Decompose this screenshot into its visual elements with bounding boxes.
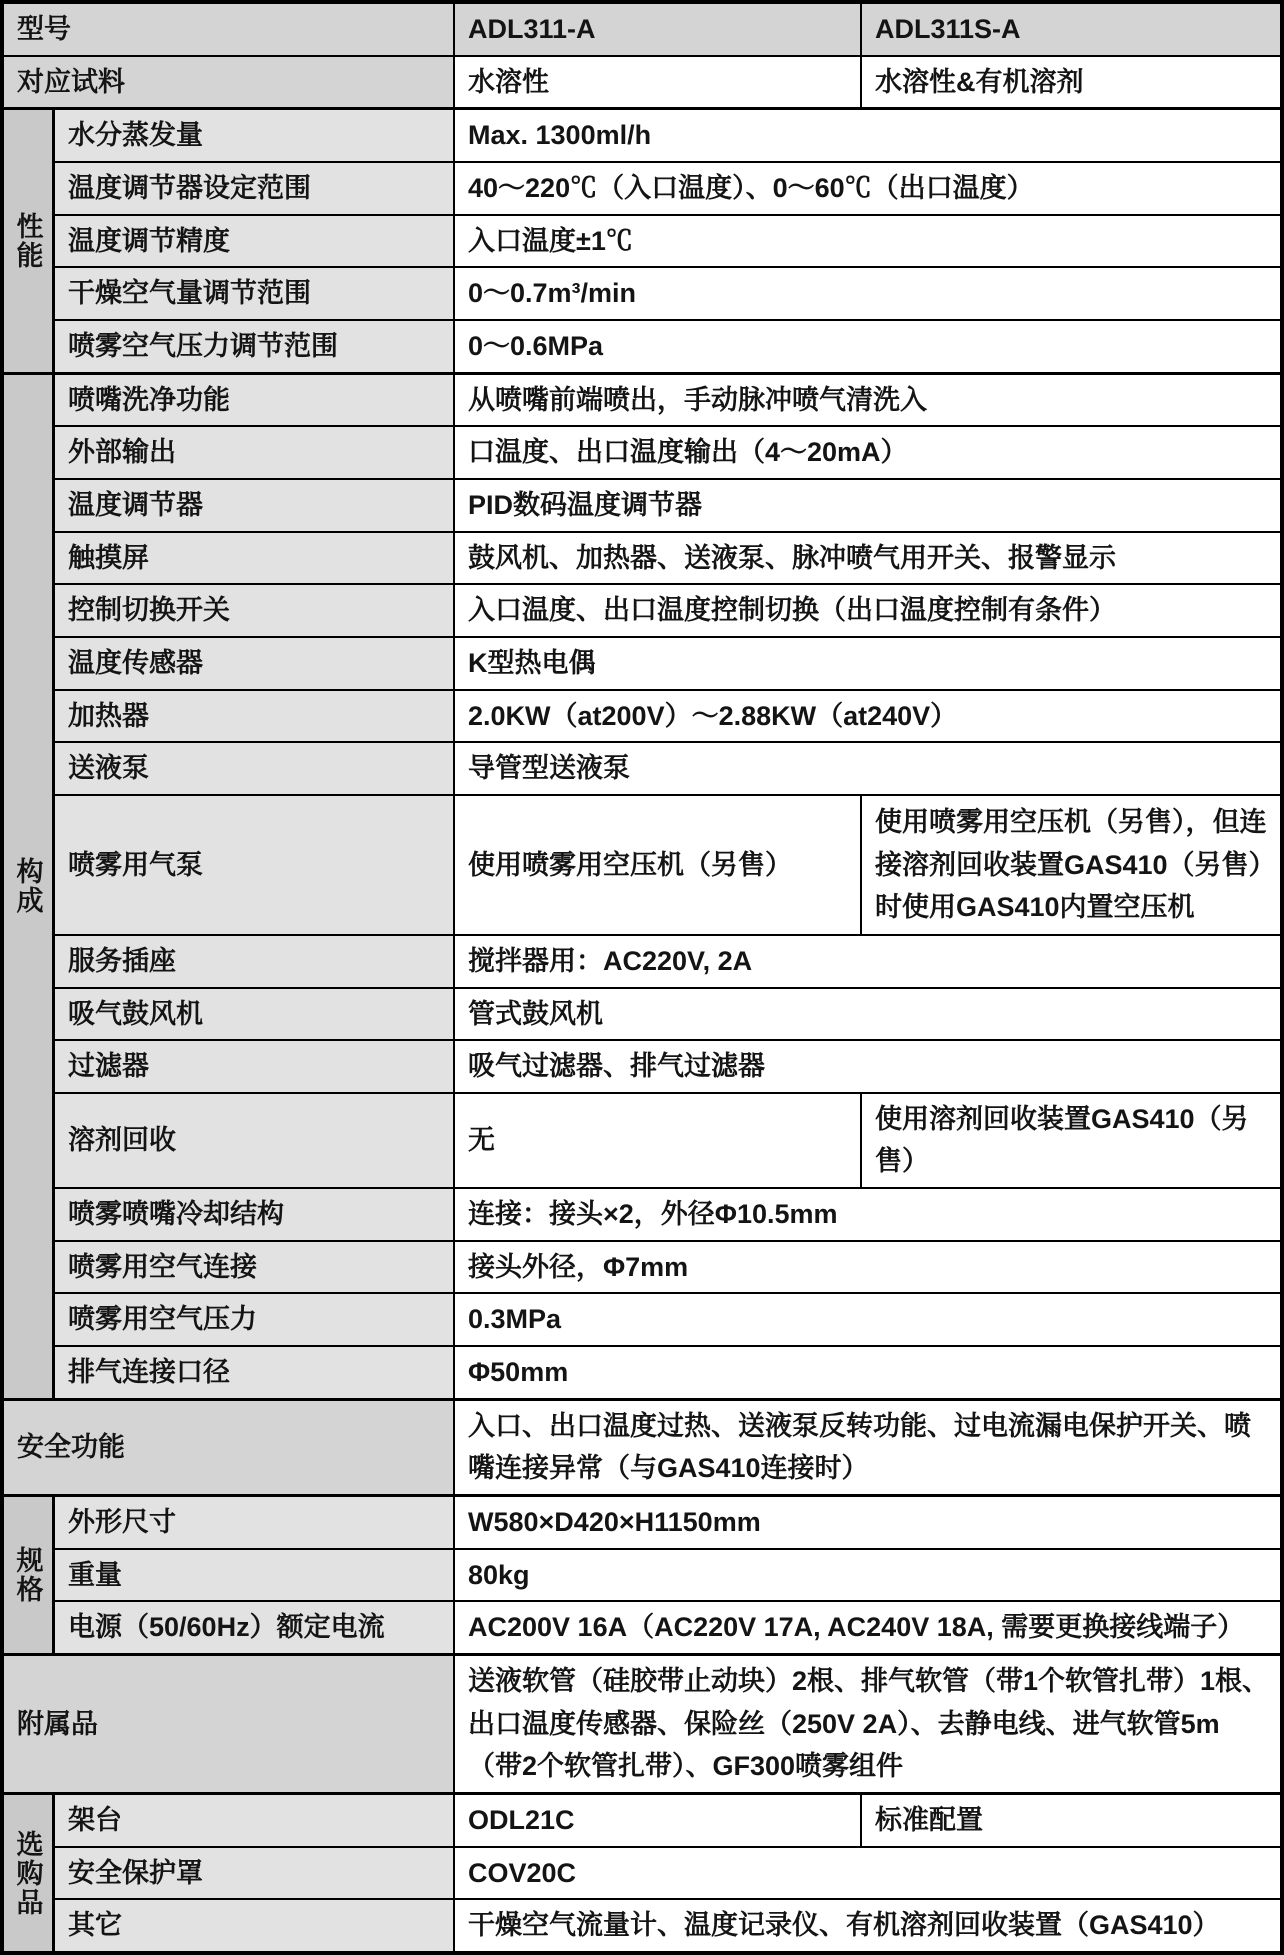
row-label: 送液泵 — [55, 743, 453, 794]
table-row: 喷雾用空气连接 接头外径，Φ7mm — [55, 1240, 1280, 1293]
table-row: 过滤器 吸气过滤器、排气过滤器 — [55, 1039, 1280, 1092]
table-row: 安全功能 入口、出口温度过热、送液泵反转功能、过电流漏电保护开关、喷嘴连接异常（… — [4, 1401, 1280, 1494]
table-row: 排气连接口径 Φ50mm — [55, 1345, 1280, 1398]
table-row: 对应试料 水溶性 水溶性&有机溶剂 — [4, 55, 1280, 108]
table-row: 喷嘴洗净功能 从喷嘴前端喷出，手动脉冲喷气清洗入 — [55, 375, 1280, 426]
table-row: 喷雾喷嘴冷却结构 连接：接头×2，外径Φ10.5mm — [55, 1187, 1280, 1240]
table-row: 触摸屏 鼓风机、加热器、送液泵、脉冲喷气用开关、报警显示 — [55, 531, 1280, 584]
table-row: 喷雾用气泵 使用喷雾用空压机（另售） 使用喷雾用空压机（另售），但连接溶剂回收装… — [55, 794, 1280, 934]
table-row: 水分蒸发量 Max. 1300ml/h — [55, 110, 1280, 161]
row-label: 水分蒸发量 — [55, 110, 453, 161]
table-row: 送液泵 导管型送液泵 — [55, 741, 1280, 794]
row-value: 导管型送液泵 — [453, 743, 1280, 794]
table-row: 附属品 送液软管（硅胶带止动块）2根、排气软管（带1个软管扎带）1根、出口温度传… — [4, 1656, 1280, 1792]
table-row: 安全保护罩 COV20C — [55, 1846, 1280, 1899]
row-value: W580×D420×H1150mm — [453, 1497, 1280, 1548]
row-value-adl311a: ADL311-A — [453, 4, 860, 55]
group-label-specs: 规格 — [4, 1497, 52, 1653]
row-label: 重量 — [55, 1550, 453, 1601]
table-row: 重量 80kg — [55, 1548, 1280, 1601]
table-row: 服务插座 搅拌器用：AC220V, 2A — [55, 934, 1280, 987]
table-row: 喷雾空气压力调节范围 0～0.6MPa — [55, 319, 1280, 372]
row-value-adl311a: 水溶性 — [453, 57, 860, 108]
spec-table: 型号 ADL311-A ADL311S-A 对应试料 水溶性 水溶性&有机溶剂 … — [0, 0, 1284, 1955]
row-label: 对应试料 — [4, 57, 453, 108]
row-label: 服务插座 — [55, 936, 453, 987]
table-row: 外形尺寸 W580×D420×H1150mm — [55, 1497, 1280, 1548]
table-row: 温度调节器 PID数码温度调节器 — [55, 478, 1280, 531]
table-row: 控制切换开关 入口温度、出口温度控制切换（出口温度控制有条件） — [55, 583, 1280, 636]
group-label-performance: 性能 — [4, 110, 52, 371]
row-label: 喷雾空气压力调节范围 — [55, 321, 453, 372]
row-value: PID数码温度调节器 — [453, 480, 1280, 531]
table-row: 型号 ADL311-A ADL311S-A — [4, 4, 1280, 55]
table-row: 架台 ODL21C 标准配置 — [55, 1795, 1280, 1846]
row-label: 喷嘴洗净功能 — [55, 375, 453, 426]
table-row: 外部输出 口温度、出口温度输出（4～20mA） — [55, 425, 1280, 478]
table-row: 温度传感器 K型热电偶 — [55, 636, 1280, 689]
row-label: 喷雾用空气压力 — [55, 1294, 453, 1345]
row-label: 其它 — [55, 1900, 453, 1951]
row-value: 入口、出口温度过热、送液泵反转功能、过电流漏电保护开关、喷嘴连接异常（与GAS4… — [453, 1401, 1280, 1494]
row-label: 喷雾喷嘴冷却结构 — [55, 1189, 453, 1240]
row-value: 搅拌器用：AC220V, 2A — [453, 936, 1280, 987]
table-row: 加热器 2.0KW（at200V）～2.88KW（at240V） — [55, 689, 1280, 742]
row-value-adl311a: 使用喷雾用空压机（另售） — [453, 796, 860, 934]
group-label-composition: 构成 — [4, 375, 52, 1398]
section-performance: 性能 水分蒸发量 Max. 1300ml/h 温度调节器设定范围 40～220℃… — [4, 107, 1280, 371]
section-accessories: 附属品 送液软管（硅胶带止动块）2根、排气软管（带1个软管扎带）1根、出口温度传… — [4, 1653, 1280, 1792]
row-value: K型热电偶 — [453, 638, 1280, 689]
row-label: 加热器 — [55, 691, 453, 742]
row-label: 外形尺寸 — [55, 1497, 453, 1548]
table-row: 溶剂回收 无 使用溶剂回收装置GAS410（另售） — [55, 1092, 1280, 1187]
row-value: 0.3MPa — [453, 1294, 1280, 1345]
row-label: 溶剂回收 — [55, 1094, 453, 1187]
row-value: 从喷嘴前端喷出，手动脉冲喷气清洗入 — [453, 375, 1280, 426]
row-label: 吸气鼓风机 — [55, 989, 453, 1040]
row-value: 入口温度±1℃ — [453, 216, 1280, 267]
row-value-adl311sa: ADL311S-A — [860, 4, 1280, 55]
group-label-options: 选购品 — [4, 1795, 52, 1951]
row-value: 口温度、出口温度输出（4～20mA） — [453, 427, 1280, 478]
row-label: 温度调节器设定范围 — [55, 163, 453, 214]
row-value: 80kg — [453, 1550, 1280, 1601]
row-label: 过滤器 — [55, 1041, 453, 1092]
row-value: Max. 1300ml/h — [453, 110, 1280, 161]
section-model: 型号 ADL311-A ADL311S-A 对应试料 水溶性 水溶性&有机溶剂 — [4, 4, 1280, 107]
table-row: 喷雾用空气压力 0.3MPa — [55, 1292, 1280, 1345]
row-value: 鼓风机、加热器、送液泵、脉冲喷气用开关、报警显示 — [453, 533, 1280, 584]
section-options: 选购品 架台 ODL21C 标准配置 安全保护罩 COV20C 其它 干燥空气流… — [4, 1792, 1280, 1951]
row-value-adl311sa: 标准配置 — [860, 1795, 1280, 1846]
row-value: 干燥空气流量计、温度记录仪、有机溶剂回收装置（GAS410） — [453, 1900, 1280, 1951]
row-label: 触摸屏 — [55, 533, 453, 584]
row-label: 型号 — [4, 4, 453, 55]
row-label: 温度传感器 — [55, 638, 453, 689]
row-label: 温度调节器 — [55, 480, 453, 531]
row-value: 送液软管（硅胶带止动块）2根、排气软管（带1个软管扎带）1根、出口温度传感器、保… — [453, 1656, 1280, 1792]
row-label: 架台 — [55, 1795, 453, 1846]
row-label: 排气连接口径 — [55, 1347, 453, 1398]
row-label: 干燥空气量调节范围 — [55, 268, 453, 319]
row-value: Φ50mm — [453, 1347, 1280, 1398]
row-label: 喷雾用空气连接 — [55, 1242, 453, 1293]
row-label: 温度调节精度 — [55, 216, 453, 267]
row-value-adl311sa: 使用喷雾用空压机（另售），但连接溶剂回收装置GAS410（另售）时使用GAS41… — [860, 796, 1280, 934]
row-label: 附属品 — [4, 1656, 453, 1792]
section-specs: 规格 外形尺寸 W580×D420×H1150mm 重量 80kg 电源（50/… — [4, 1494, 1280, 1653]
row-value: 40～220℃（入口温度）、0～60℃（出口温度） — [453, 163, 1280, 214]
section-composition: 构成 喷嘴洗净功能 从喷嘴前端喷出，手动脉冲喷气清洗入 外部输出 口温度、出口温… — [4, 372, 1280, 1398]
table-row: 干燥空气量调节范围 0～0.7m³/min — [55, 266, 1280, 319]
row-value-adl311sa: 水溶性&有机溶剂 — [860, 57, 1280, 108]
row-label: 安全功能 — [4, 1401, 453, 1494]
row-value: 接头外径，Φ7mm — [453, 1242, 1280, 1293]
row-value-adl311sa: 使用溶剂回收装置GAS410（另售） — [860, 1094, 1280, 1187]
row-label: 控制切换开关 — [55, 585, 453, 636]
row-label: 电源（50/60Hz）额定电流 — [55, 1602, 453, 1653]
row-value-adl311a: ODL21C — [453, 1795, 860, 1846]
row-value: 管式鼓风机 — [453, 989, 1280, 1040]
table-row: 温度调节精度 入口温度±1℃ — [55, 214, 1280, 267]
row-label: 喷雾用气泵 — [55, 796, 453, 934]
row-label: 安全保护罩 — [55, 1848, 453, 1899]
row-value: 吸气过滤器、排气过滤器 — [453, 1041, 1280, 1092]
table-row: 电源（50/60Hz）额定电流 AC200V 16A（AC220V 17A, A… — [55, 1600, 1280, 1653]
row-value: COV20C — [453, 1848, 1280, 1899]
row-value-adl311a: 无 — [453, 1094, 860, 1187]
row-value: 0～0.7m³/min — [453, 268, 1280, 319]
row-value: 2.0KW（at200V）～2.88KW（at240V） — [453, 691, 1280, 742]
row-value: 连接：接头×2，外径Φ10.5mm — [453, 1189, 1280, 1240]
section-safety: 安全功能 入口、出口温度过热、送液泵反转功能、过电流漏电保护开关、喷嘴连接异常（… — [4, 1398, 1280, 1494]
row-value: 入口温度、出口温度控制切换（出口温度控制有条件） — [453, 585, 1280, 636]
row-value: AC200V 16A（AC220V 17A, AC240V 18A, 需要更换接… — [453, 1602, 1280, 1653]
table-row: 吸气鼓风机 管式鼓风机 — [55, 987, 1280, 1040]
table-row: 温度调节器设定范围 40～220℃（入口温度）、0～60℃（出口温度） — [55, 161, 1280, 214]
table-row: 其它 干燥空气流量计、温度记录仪、有机溶剂回收装置（GAS410） — [55, 1898, 1280, 1951]
row-value: 0～0.6MPa — [453, 321, 1280, 372]
row-label: 外部输出 — [55, 427, 453, 478]
